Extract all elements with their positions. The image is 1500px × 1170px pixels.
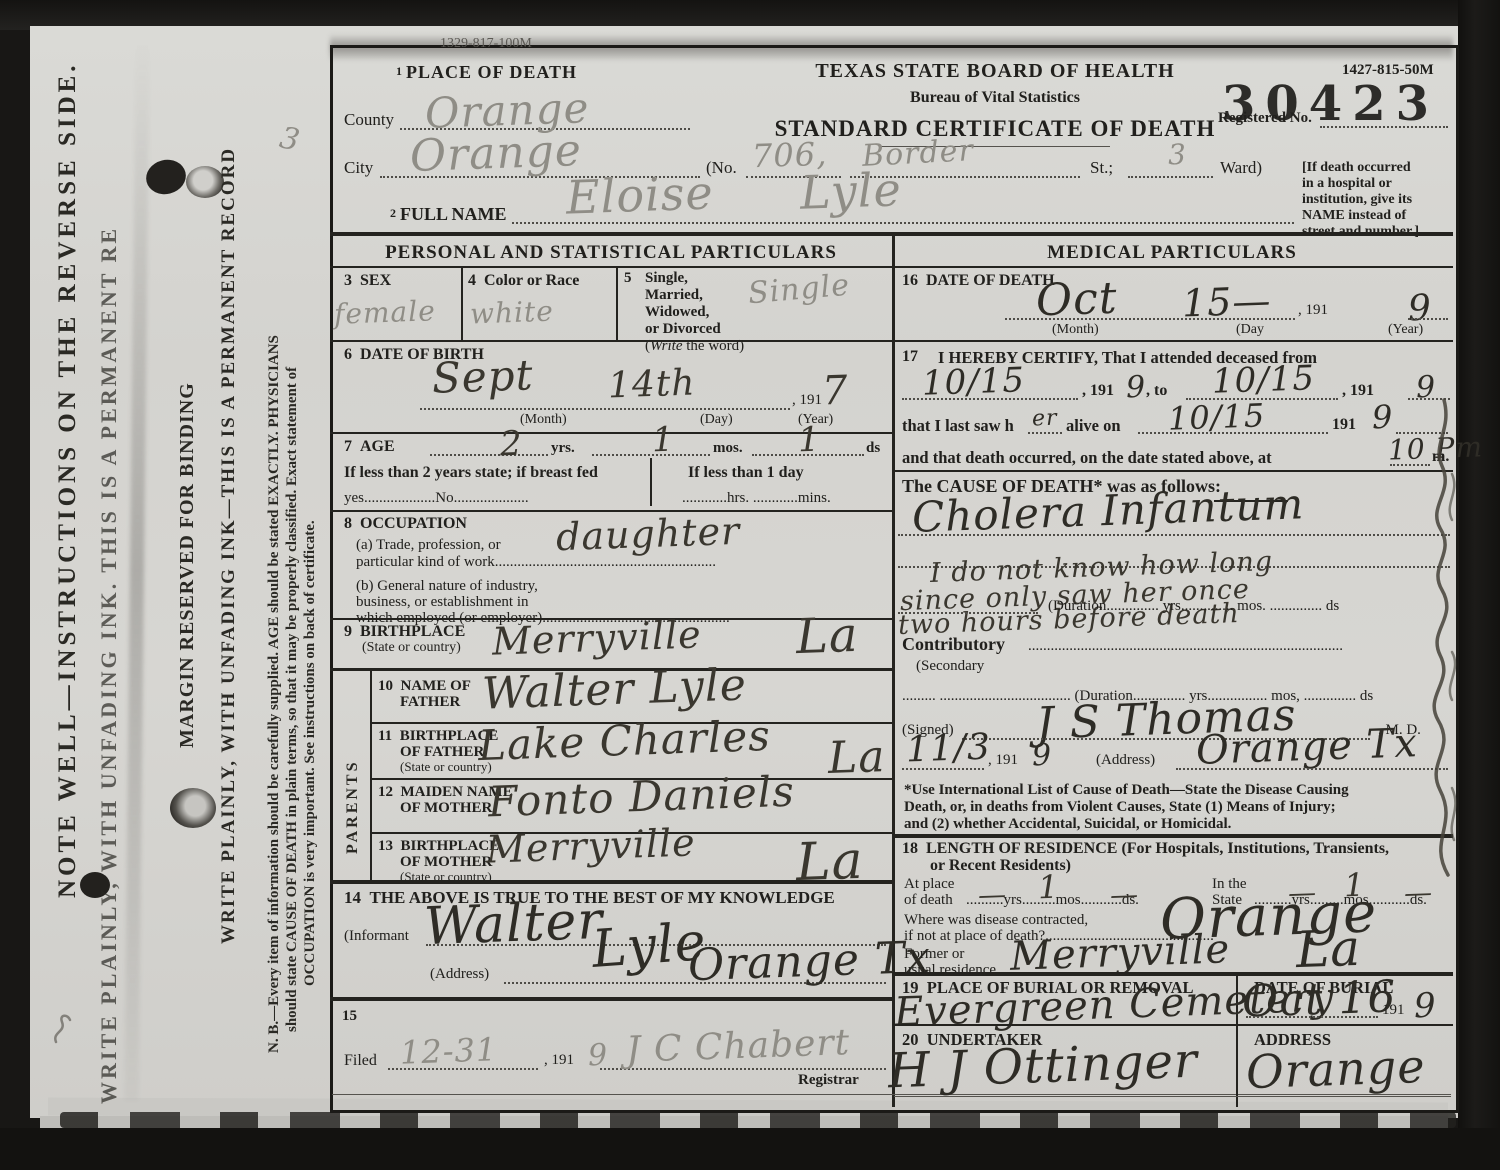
undertaker-underline — [894, 1096, 1451, 1097]
residence-num: 18 — [902, 840, 918, 857]
hole-punch-ring-icon — [170, 788, 216, 828]
st-label: St.; — [1090, 158, 1113, 178]
dod-line — [1005, 318, 1295, 320]
margin-nb-line2: should state CAUSE OF DEATH in plain ter… — [284, 367, 301, 1032]
marital-line3: Widowed, — [645, 304, 709, 321]
certify-occurred: and that death occurred, on the date sta… — [902, 448, 1272, 468]
parents-bracket-line — [370, 668, 372, 880]
registered-no-line — [1320, 126, 1448, 128]
residence-at-yrs: — — [977, 878, 1007, 912]
contributory-dots: ........................................… — [1028, 638, 1343, 655]
signed-year-printed: , 191 — [988, 752, 1018, 769]
burial-year-written: 9 — [1413, 986, 1437, 1027]
full-name-label: FULL NAME — [400, 204, 507, 225]
dob-month: Sept — [431, 350, 534, 403]
dob-num: 6 — [344, 346, 352, 363]
certify-er-dots — [1028, 432, 1062, 434]
signed-address-label: (Address) — [1096, 752, 1155, 769]
certify-y3-written: 9 — [1371, 398, 1394, 437]
occupation-value: daughter — [555, 509, 741, 559]
sex-race-divider — [461, 266, 463, 342]
residence-atplace1: At place — [904, 876, 954, 893]
line-above-residence — [892, 834, 1453, 838]
occupation-num: 8 — [344, 515, 352, 532]
margin-nb-line1: N. B.—Every item of information should b… — [266, 335, 283, 1053]
age-breastfed-label: If less than 2 years state; if breast fe… — [344, 464, 598, 482]
cause-line3 — [898, 612, 1038, 614]
cause-duration1: (Duration.............. yrs.............… — [1048, 598, 1339, 615]
full-name-num: 2 — [390, 206, 396, 221]
ward-line — [1128, 176, 1213, 178]
residence-label1-text: LENGTH OF RESIDENCE (For Hospitals, Inst… — [926, 840, 1389, 857]
place-of-death-num: 1 — [396, 64, 402, 79]
race-num: 4 — [468, 272, 476, 289]
medical-section-title: MEDICAL PARTICULARS — [1047, 242, 1297, 264]
residence-label1: 18 LENGTH OF RESIDENCE (For Hospitals, I… — [902, 840, 1389, 858]
age-yrs-unit: yrs. — [551, 440, 575, 457]
burial-date-dots — [1246, 1016, 1378, 1018]
sex-label-text: SEX — [360, 272, 391, 289]
registrar-signature: J C Chabert — [625, 1022, 850, 1071]
death-certificate-scan: NOTE WELL—INSTRUCTIONS ON THE REVERSE SI… — [0, 0, 1500, 1170]
sex-label: 3 SEX — [344, 272, 391, 290]
age-mos-line — [592, 454, 710, 456]
marital-line4: or Divorced — [645, 321, 721, 338]
residence-at-mos: 1 — [1037, 868, 1060, 907]
form-number-top-left: 1329-817-100M — [440, 36, 532, 52]
age-mos-value: 1 — [651, 420, 675, 461]
signed-date-dots — [902, 768, 984, 770]
birthplace-sub: (State or country) — [362, 640, 461, 656]
father-l1: NAME OF — [401, 678, 471, 694]
certify-num: 17 — [902, 348, 918, 366]
certify-saw-er: er — [1032, 406, 1058, 432]
father-name-value: Walter Lyle — [481, 659, 747, 719]
mother-bp-num: 13 — [378, 838, 393, 854]
truth-num: 14 — [344, 888, 361, 907]
informant-label: (Informant — [344, 928, 409, 945]
medical-header-line — [892, 266, 1453, 268]
certify-y2-printed: , 191 — [1342, 382, 1374, 400]
sex-value: female — [333, 294, 436, 331]
ward-label: Ward) — [1220, 158, 1262, 178]
race-marital-divider — [616, 266, 618, 342]
filed-year-printed: , 191 — [544, 1052, 574, 1069]
birthplace-num: 9 — [344, 623, 352, 640]
board-title: TEXAS STATE BOARD OF HEALTH — [815, 60, 1174, 83]
signed-date-value: 11/3 — [905, 727, 991, 771]
father-bp-num: 11 — [378, 728, 392, 744]
marital-num: 5 — [624, 270, 632, 287]
personal-section-title: PERSONAL AND STATISTICAL PARTICULARS — [385, 242, 837, 264]
margin-write-plainly-back: WRITE PLAINLY, WITH UNFADING INK. THIS I… — [96, 226, 122, 1104]
line-above-truth — [330, 880, 892, 884]
certify-y1-written: 9 — [1125, 370, 1146, 406]
age-label: 7 AGE — [344, 438, 395, 456]
birthplace-value: Merryville — [491, 612, 702, 663]
margin-note-well: NOTE WELL—INSTRUCTIONS ON THE REVERSE SI… — [54, 61, 82, 898]
line-above-filed — [330, 997, 892, 1001]
margin-binding: MARGIN RESERVED FOR BINDING — [176, 382, 199, 748]
place-of-death-label: PLACE OF DEATH — [406, 62, 577, 83]
birthplace-state: La — [795, 607, 859, 665]
age-sub-divider — [650, 458, 652, 506]
line-above-occupation — [330, 510, 892, 512]
dod-year-printed: , 191 — [1298, 302, 1328, 319]
pencil-squiggle — [48, 1008, 78, 1048]
filed-num: 15 — [342, 1008, 357, 1025]
cause-footnote-line1: *Use International List of Cause of Deat… — [904, 782, 1349, 799]
vertical-handwriting-scrawl — [1418, 370, 1466, 890]
certify-to-value: 10/15 — [1211, 358, 1315, 402]
city-label: City — [344, 158, 373, 178]
dod-cap-year: (Year) — [1388, 322, 1423, 338]
certify-from-line — [902, 398, 1078, 400]
father-bp-value: Lake Charles — [477, 711, 771, 770]
dob-year-printed: , 191 — [792, 392, 822, 409]
contributory-label: Contributory — [902, 634, 1005, 655]
informant-first: Walter — [423, 891, 604, 957]
residence-former-state: La — [1295, 919, 1362, 979]
age-ds-unit: ds — [866, 440, 880, 457]
occupation-label-text: OCCUPATION — [360, 515, 467, 532]
age-lessday-label: If less than 1 day — [688, 464, 804, 482]
ward-value: 3 — [1167, 138, 1187, 172]
registrar-label: Registrar — [798, 1072, 859, 1089]
photo-bottom-edge — [0, 1128, 1500, 1170]
mother-bp-l1: BIRTHPLACE — [401, 838, 500, 854]
age-label-text: AGE — [360, 438, 395, 455]
burial-year-printed: 191 — [1382, 1002, 1405, 1019]
age-ds-value: 1 — [797, 420, 821, 461]
residence-atplace2: of death — [904, 892, 953, 909]
mother-bp-label1: 13 BIRTHPLACE — [378, 838, 499, 855]
father-name-label1: 10 NAME OF — [378, 678, 471, 695]
hospital-note-line4: NAME instead of — [1302, 208, 1406, 224]
father-num: 10 — [378, 678, 393, 694]
marital-line1: Single, — [645, 270, 688, 287]
mother-name-label2: OF MOTHER — [400, 800, 492, 817]
full-name-first: Eloise — [565, 165, 714, 224]
cause-footnote-line3: and (2) whether Accidental, Suicidal, or… — [904, 816, 1231, 833]
certify-saw-value: 10/15 — [1167, 396, 1265, 437]
age-mos-unit: mos. — [713, 440, 743, 457]
line-above-certify — [892, 340, 1453, 342]
signed-year-written: 9 — [1031, 738, 1052, 774]
dod-num: 16 — [902, 272, 918, 289]
race-label: 4 Color or Race — [468, 272, 579, 290]
dob-year-written: 7 — [821, 368, 849, 415]
occupation-b1: (b) General nature of industry, — [356, 578, 538, 595]
cause-line1 — [898, 534, 1450, 536]
birthplace-label: 9 BIRTHPLACE — [344, 623, 465, 641]
undertaker-value: H J Ottinger — [887, 1033, 1199, 1100]
margin-nb-line3: OCCUPATION is very important. See instru… — [302, 520, 319, 986]
secondary-label: (Secondary — [916, 658, 984, 675]
bureau-subtitle: Bureau of Vital Statistics — [910, 89, 1080, 107]
informant-address-value: Orange Tx — [687, 932, 932, 991]
dob-day: 14th — [607, 362, 696, 406]
father-name-label2: FATHER — [400, 694, 460, 711]
occupation-a1: (a) Trade, profession, or — [356, 537, 501, 554]
occupation-label: 8 OCCUPATION — [344, 515, 467, 533]
cause-footnote-line2: Death, or, in deaths from Violent Causes… — [904, 799, 1336, 816]
hospital-note-line2: in a hospital or — [1302, 176, 1392, 192]
hospital-note-line3: institution, give its — [1302, 192, 1412, 208]
dod-label: 16 DATE OF DEATH — [902, 272, 1055, 290]
father-bp-state: La — [827, 731, 886, 784]
line-above-dob — [330, 340, 892, 342]
hospital-note-line1: [If death occurred — [1302, 160, 1411, 176]
birthplace-label-text: BIRTHPLACE — [360, 623, 465, 640]
city-value: Orange — [409, 125, 583, 182]
certify-y3-printed: 191 — [1332, 416, 1356, 434]
parents-vertical-label: PARENTS — [344, 760, 362, 855]
mother-bp-value: Merryville — [485, 820, 696, 871]
residence-at-ds: — — [1109, 878, 1139, 912]
age-yrs-value: 2 — [499, 424, 523, 465]
occupation-a2: particular kind of work.................… — [356, 554, 716, 571]
dob-cap-month: (Month) — [520, 412, 567, 428]
occupation-b2: business, or establishment in — [356, 594, 529, 611]
undertaker-address-value: Orange — [1245, 1039, 1426, 1099]
sex-num: 3 — [344, 272, 352, 289]
dob-cap-day: (Day) — [700, 412, 733, 428]
certify-saw-post: alive on — [1066, 416, 1121, 436]
residence-contracted1: Where was disease contracted, — [904, 912, 1088, 929]
filed-date-value: 12-31 — [399, 1030, 498, 1071]
burial-date-value: Oct 16 — [1241, 971, 1397, 1027]
margin-write-plainly: WRITE PLAINLY, WITH UNFADING INK—THIS IS… — [218, 147, 240, 944]
age-num: 7 — [344, 438, 352, 455]
race-label-text: Color or Race — [484, 272, 579, 289]
line-above-cause — [892, 470, 1453, 472]
signed-address-value: Orange Tx — [1195, 720, 1418, 774]
torn-bottom-edge — [60, 1112, 1456, 1128]
age-hrsmins-line: ............hrs. ............mins. — [682, 490, 831, 507]
dod-cap-month: (Month) — [1052, 322, 1099, 338]
registered-no-label: Registered No. — [1218, 110, 1312, 127]
certify-saw-pre: that I last saw h — [902, 416, 1014, 436]
informant-address-label: (Address) — [430, 966, 489, 983]
age-yrs-line — [430, 454, 548, 456]
marital-line2: Married, — [645, 287, 703, 304]
certificate-title: STANDARD CERTIFICATE OF DEATH — [775, 116, 1216, 142]
dob-line — [420, 408, 790, 410]
certify-to-label: , to — [1146, 382, 1167, 400]
line-between-19-20 — [892, 1024, 1453, 1026]
residence-former1: Former or — [904, 946, 964, 963]
dod-cap-day: (Day — [1236, 322, 1264, 338]
age-yesno-line: yes...................No................… — [344, 490, 529, 507]
filed-label: Filed — [344, 1052, 377, 1070]
personal-header-line — [330, 266, 892, 268]
dod-line-end — [1408, 318, 1448, 320]
county-label: County — [344, 110, 394, 130]
full-name-last: Lyle — [799, 162, 902, 220]
mother-num: 12 — [378, 784, 393, 800]
signed-address-dots — [1176, 768, 1448, 770]
certify-y1-printed: , 191 — [1082, 382, 1114, 400]
race-value: white — [469, 295, 554, 331]
